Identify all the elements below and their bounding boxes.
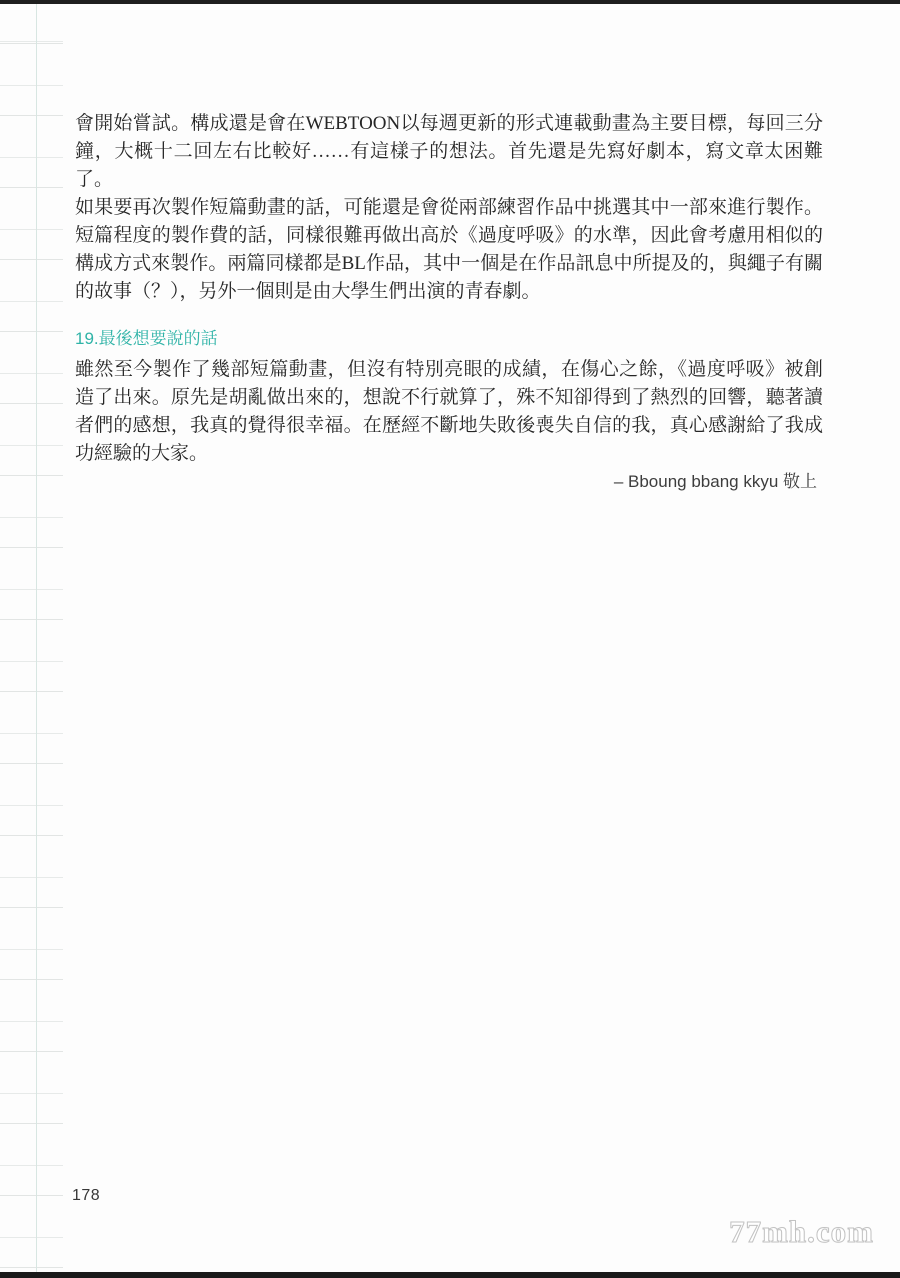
notebook-ruled-lines [0,4,63,1272]
author-signature: – Bboung bbang kkyu 敬上 [75,468,823,496]
section-heading: 19.最後想要說的話 [75,328,823,350]
scan-bottom-edge-bar [0,1272,900,1278]
page-number: 178 [72,1187,100,1205]
paragraph-final-words: 雖然至今製作了幾部短篇動畫，但沒有特別亮眼的成績，在傷心之餘，《過度呼吸》被創造… [75,356,823,468]
paragraph-next-short-animation: 如果要再次製作短篇動畫的話，可能還是會從兩部練習作品中挑選其中一部來進行製作。短… [75,194,823,306]
watermark: 77mh.com [729,1214,874,1250]
scan-top-edge-bar [0,0,900,4]
notebook-margin-line [36,4,37,1272]
page-body-text: 會開始嘗試。構成還是會在WEBTOON以每週更新的形式連載動畫為主要目標，每回三… [75,110,823,496]
paragraph-webtoon-plan: 會開始嘗試。構成還是會在WEBTOON以每週更新的形式連載動畫為主要目標，每回三… [75,110,823,194]
